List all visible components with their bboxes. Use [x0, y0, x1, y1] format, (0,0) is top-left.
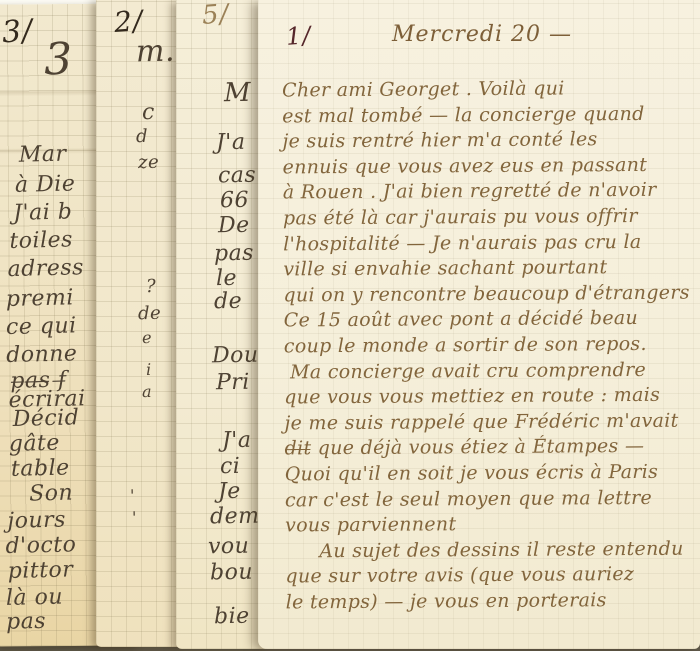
sheet2-text-fragment: m. [136, 34, 176, 70]
letter-line: ennuis que vous avez eus en passant [283, 154, 648, 179]
letter-line: coup le monde a sortir de son repos. [284, 333, 647, 358]
sheet5-text-fragment: le [216, 266, 237, 291]
sheet3-text-fragment: d'octo [5, 532, 76, 559]
sheet2-text-fragment: ? [146, 276, 157, 297]
sheet5-text-fragment: De [218, 213, 250, 239]
sheet5-text-fragment: vou [208, 534, 250, 560]
sheet5-text-fragment: pas [214, 241, 254, 267]
letter-line: qui on y rencontre beaucoup d'étrangers [283, 282, 689, 307]
letter-page-1: 1/ Mercredi 20 — Cher ami Georget . Voil… [258, 0, 700, 649]
sheet5-text-fragment: J'a [216, 130, 246, 156]
sheet3-text-fragment: à Die [15, 171, 76, 197]
sheet3-text-fragment: premi [6, 285, 75, 312]
letter-line: pas été là car j'aurais pu vous offrir [283, 205, 638, 229]
letter-line-with-strikethrough: d̶i̶t̶ que déjà vous étiez à Étampes — [285, 435, 645, 460]
sheet3-text-fragment: pittor [7, 557, 73, 584]
sheet3-text-fragment: donne [6, 341, 78, 368]
sheet3-text-fragment: table [11, 455, 70, 481]
sheet5-text-fragment: Dou [212, 343, 259, 369]
sheet2-text-fragment: ' [130, 486, 135, 505]
sheet3-text-fragment: Mar [19, 142, 67, 168]
sheet5-text-fragment: ci [220, 454, 241, 479]
letter-line: à Rouen . J'ai bien regretté de n'avoir [283, 179, 657, 204]
sheet5-text-fragment: Je [218, 479, 241, 504]
letter-line: Au sujet des dessins il reste entendu [319, 538, 683, 563]
letter-line: Ce 15 août avec pont a décidé beau [284, 307, 638, 331]
letter-line: l'hospitalité — Je n'aurais pas cru la [283, 231, 641, 256]
sheet3-text-fragment: ce qui [6, 313, 77, 340]
sheet2-text-fragment: c [142, 100, 155, 125]
page-number-5: 5/ [201, 0, 230, 31]
sheet2-text-fragment: ' [132, 508, 137, 527]
letter-line: le temps) — je vous en porterais [286, 589, 607, 613]
letter-line: est mal tombé — la concierge quand [282, 103, 644, 128]
letter-line: Ma concierge avait cru comprendre [290, 359, 646, 383]
sheet3-text-fragment: adress [7, 255, 84, 282]
sheet2-text-fragment: ze [138, 152, 160, 173]
letter-date-line: Mercredi 20 — [392, 22, 572, 47]
sheet5-text-fragment: bou [210, 560, 253, 586]
sheet3-text-fragment: Son [29, 481, 74, 507]
sheet2-text-fragment: a [142, 382, 152, 401]
sheet5-text-fragment: de [214, 289, 243, 314]
sheet3-text-fragment: toiles [9, 227, 73, 254]
letter-page-5: 5/ M J'a cas 66 De pas le de Dou Pri J'a… [176, 0, 269, 649]
sheet2-text-fragment: e [142, 328, 152, 347]
letter-line: vous parviennent [285, 513, 456, 536]
page-number-1: 1/ [285, 21, 312, 51]
letter-page-2: 2/ m. c d ze ? de e i a ' ' [96, 0, 182, 647]
sheet5-text-fragment: dem [210, 504, 260, 530]
sheet2-text-fragment: de [138, 303, 162, 324]
letter-line: ville si envahie sachant pourtant [283, 256, 607, 280]
sheet5-text-fragment: bie [214, 604, 250, 630]
sheet3-text-fragment: Décid [12, 405, 79, 432]
letter-line: Quoi qu'il en soit je vous écris à Paris [285, 461, 659, 486]
letter-line: Cher ami Georget . Voilà qui [282, 77, 565, 101]
sheet3-text-fragment: J'ai b [13, 199, 73, 225]
sheet2-text-fragment: i [146, 360, 152, 379]
page-number-3: 3/ [1, 13, 35, 50]
letter-line: que sur votre avis (que vous auriez [285, 563, 634, 587]
sheet5-text-fragment: cas [218, 163, 257, 189]
sheet3-text-fragment: là ou [6, 585, 64, 611]
letter-body: Cher ami Georget . Voilà qui est mal tom… [282, 77, 694, 80]
letter-line: que vous vous mettiez en route : mais [284, 384, 660, 409]
sheet5-text-fragment: Pri [216, 370, 250, 396]
sheet3-text-fragment: jours [7, 507, 66, 533]
sheet3-text-fragment: pas [6, 609, 47, 635]
letter-line: je suis rentré hier m'a conté les [282, 128, 597, 152]
sheet5-text-fragment: J'a [222, 428, 252, 454]
sheet5-text-fragment: M [224, 78, 252, 108]
sheet5-text-fragment: 66 [220, 188, 249, 214]
letter-line: je me suis rappelé que Frédéric m'avait [284, 410, 678, 435]
letter-photograph: 3/ 3 Mar à Die J'ai b toiles adress prem… [0, 0, 700, 651]
sheet2-text-fragment: d [136, 126, 148, 147]
sheet3-text-fragment: gâte [9, 431, 61, 457]
sheet3-large-numeral: 3 [44, 34, 74, 86]
letter-line: car c'est le seul moyen que ma lettre [285, 487, 652, 512]
